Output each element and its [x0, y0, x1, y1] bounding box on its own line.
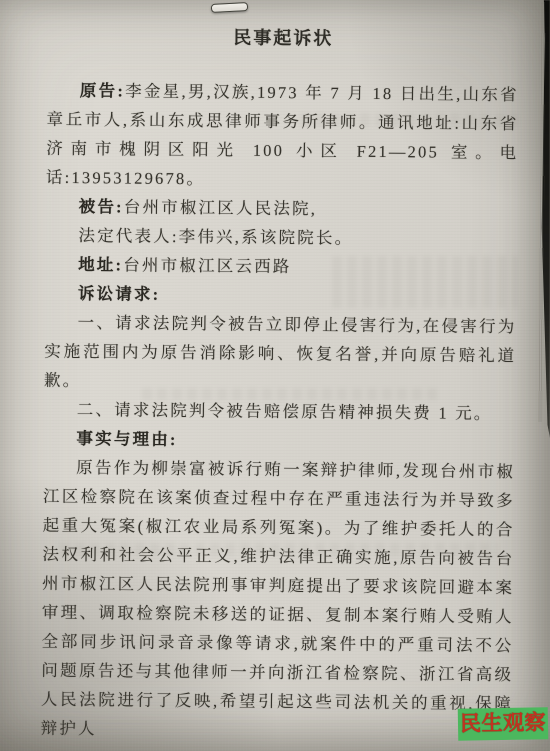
- paragraph: 原告:李金星,男,汉族,1973 年 7 月 18 日出生,山东省章丘市人,系山…: [46, 76, 519, 197]
- paragraph: 被告:台州市椒江区人民法院,: [46, 192, 518, 226]
- watermark-badge: 民生观察: [458, 707, 549, 741]
- document-page: 民事起诉状 原告:李金星,男,汉族,1973 年 7 月 18 日出生,山东省章…: [41, 24, 520, 747]
- document-body: 原告:李金星,男,汉族,1973 年 7 月 18 日出生,山东省章丘市人,系山…: [41, 76, 519, 748]
- paragraph: 诉讼请求:: [45, 279, 517, 313]
- paragraph-label: 被告:: [79, 197, 124, 216]
- paper-clip-mark: [211, 2, 248, 13]
- paragraph-label: 地址:: [78, 255, 123, 274]
- paragraph: 地址:台州市椒江区云西路: [45, 250, 517, 284]
- paragraph-label: 原告:: [80, 81, 125, 100]
- paragraph: 原告作为柳崇富被诉行贿一案辩护律师,发现台州市椒江区检察院在该案侦查过程中存在严…: [41, 453, 516, 748]
- document-title: 民事起诉状: [47, 24, 519, 54]
- paragraph: 事实与理由:: [43, 424, 515, 458]
- document-photo: 民事起诉状 原告:李金星,男,汉族,1973 年 7 月 18 日出生,山东省章…: [0, 0, 550, 751]
- paragraph: 法定代表人:李伟兴,系该院院长。: [45, 221, 517, 255]
- watermark-text: 民生观察: [460, 710, 546, 735]
- paragraph: 一、请求法院判令被告立即停止侵害行为,在侵害行为实施范围内为原告消除影响、恢复名…: [44, 308, 517, 400]
- paragraph: 二、请求法院判令被告赔偿原告精神损失费 1 元。: [44, 395, 516, 429]
- paragraph-label: 诉讼请求:: [78, 284, 161, 304]
- paragraph-label: 事实与理由:: [76, 429, 177, 449]
